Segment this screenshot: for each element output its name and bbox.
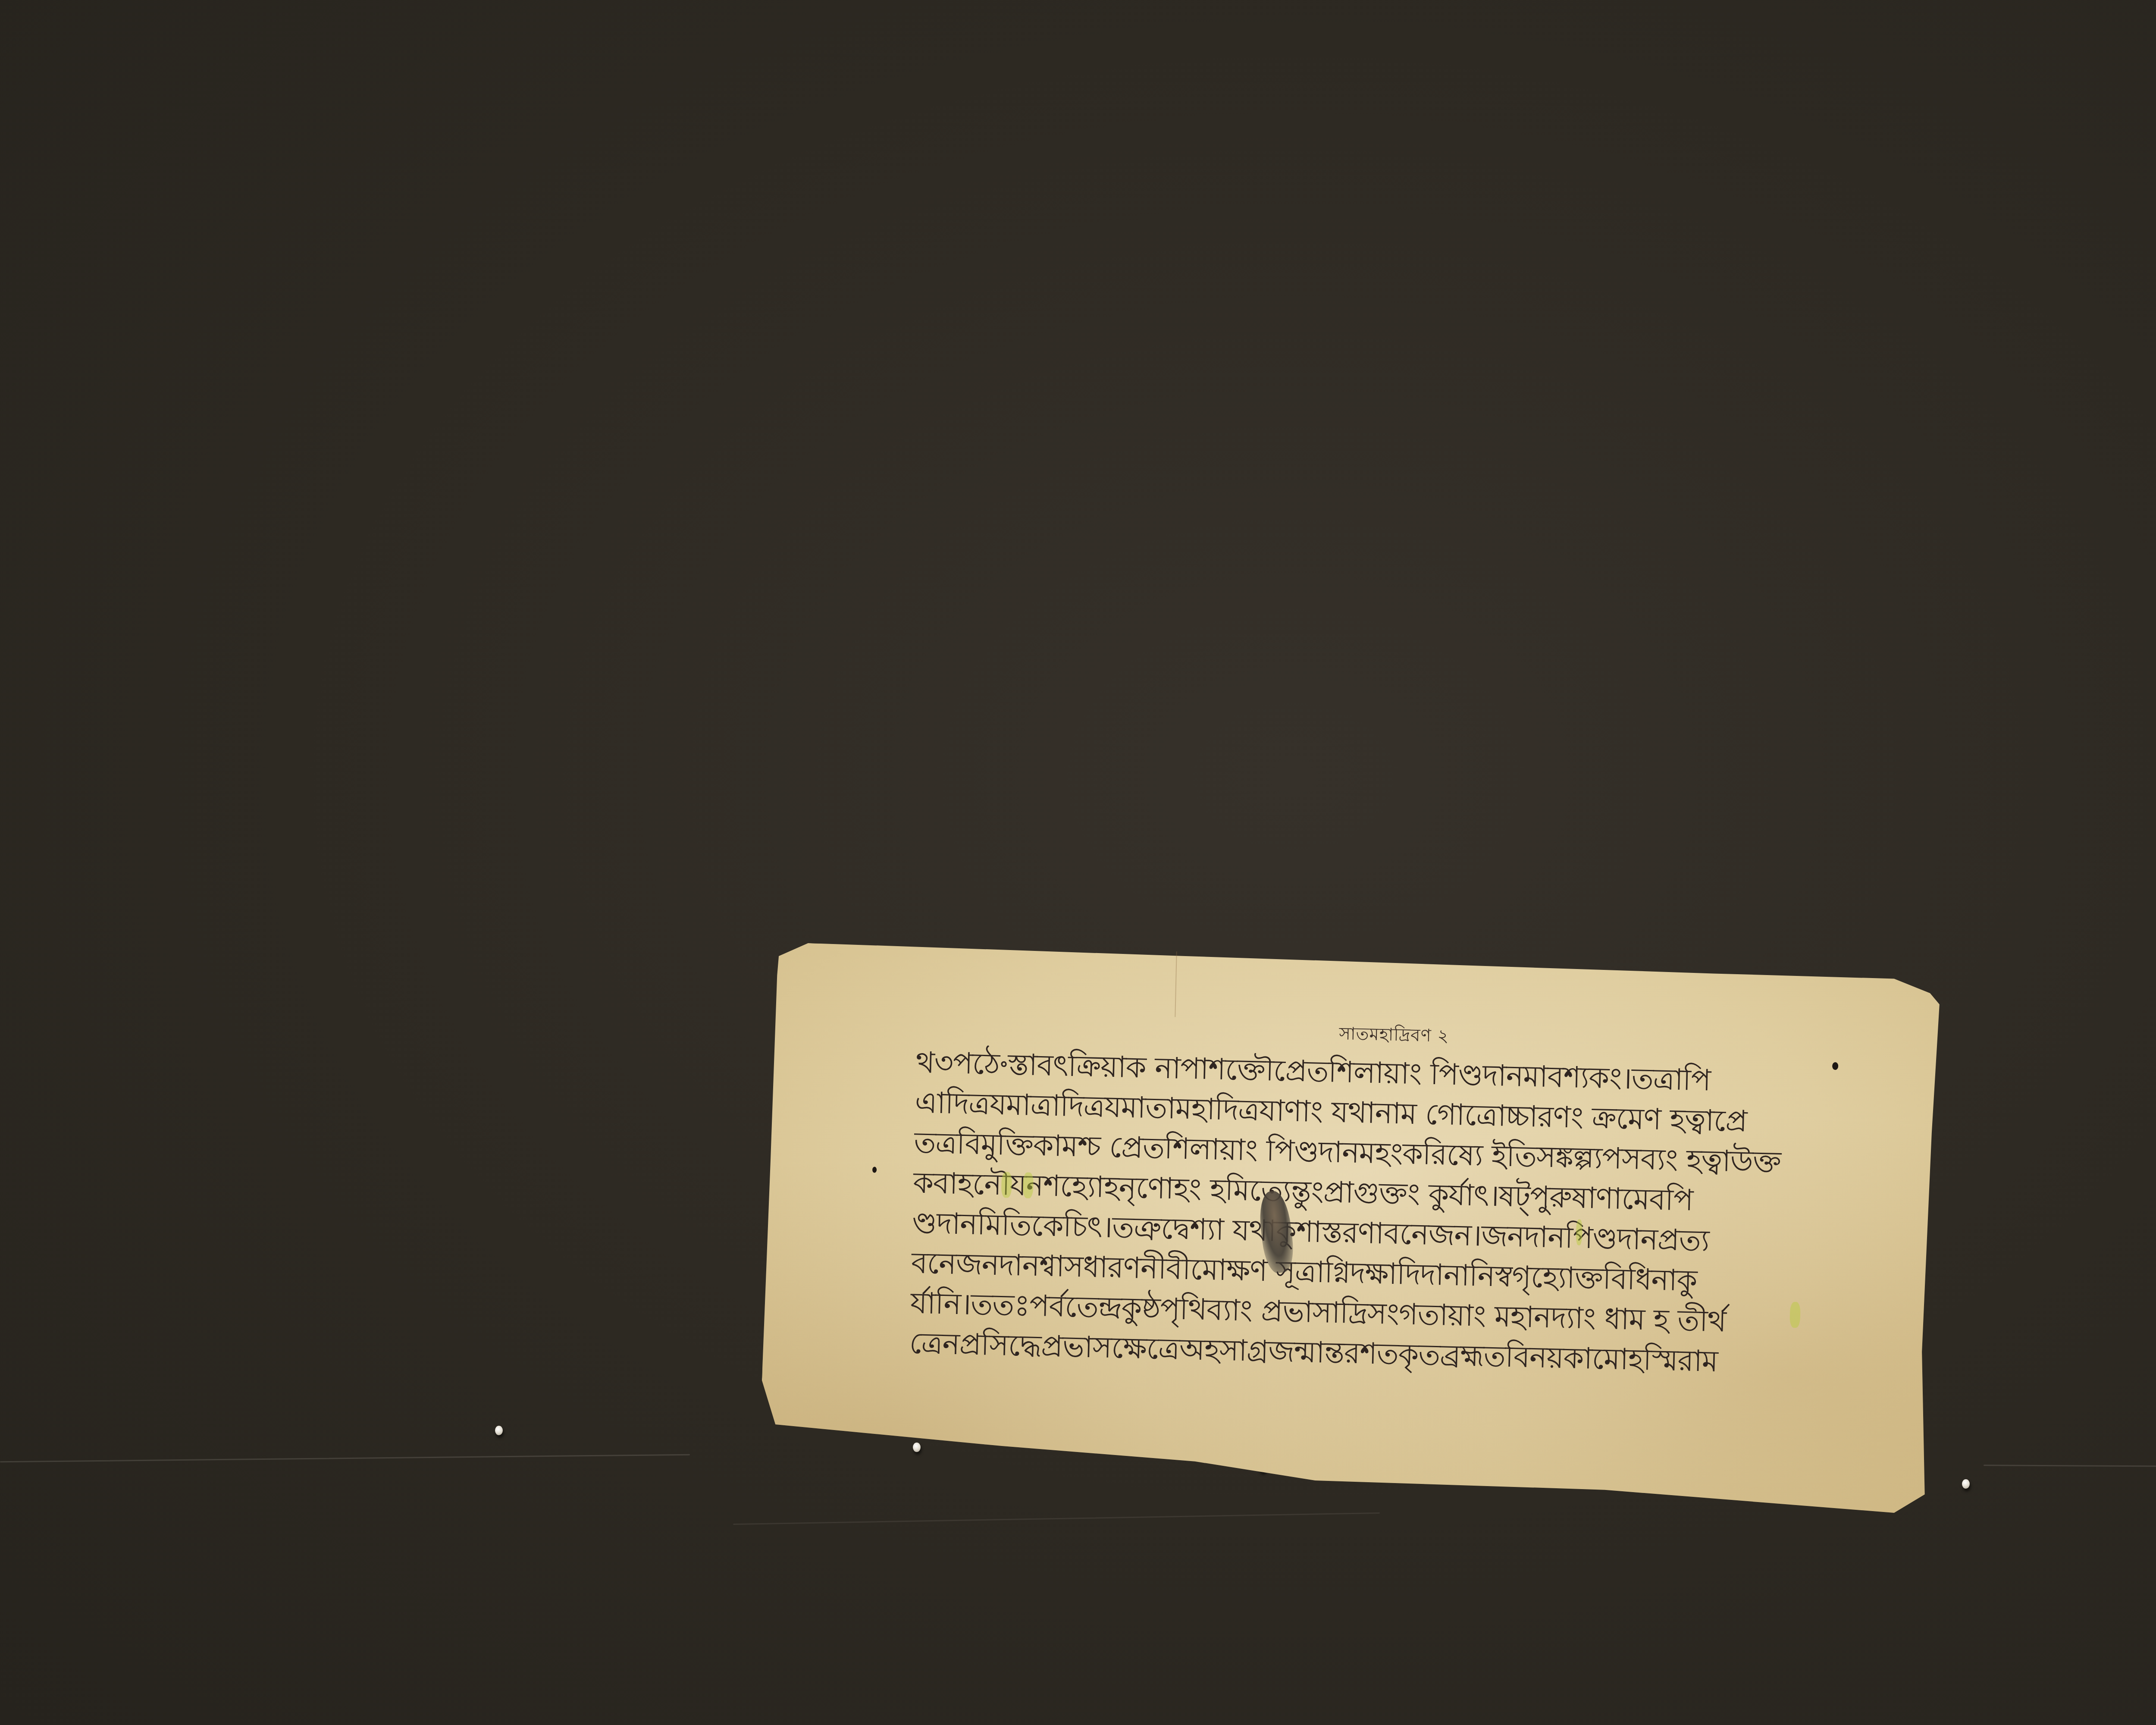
manuscript-leaf: সাতমহাদ্রিবণ ২ থ৩পঠে৽স্তাবৎক্রিয়াক নাপা… <box>759 942 1979 1517</box>
highlight-mark <box>1023 1172 1034 1198</box>
mounting-pin <box>495 1426 503 1435</box>
folio-header: সাতমহাদ্রিবণ ২ <box>1339 1020 1450 1051</box>
highlight-mark <box>1001 1172 1012 1198</box>
manuscript-text: থ৩পঠে৽স্তাবৎক্রিয়াক নাপাশক্তৌপ্রেতশিলায… <box>909 1043 1890 1386</box>
highlight-mark <box>1789 1302 1800 1328</box>
